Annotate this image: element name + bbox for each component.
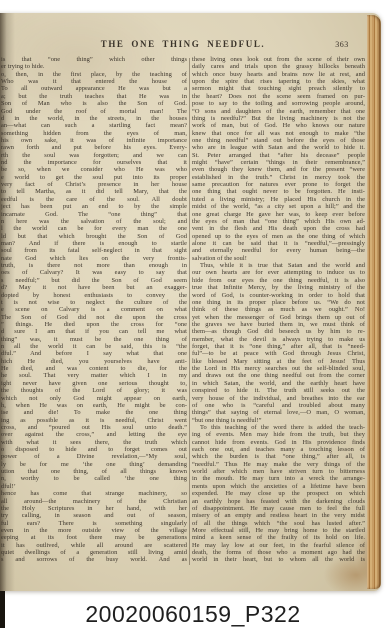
text-line: his own sake, it was of infinite importa… [1, 137, 187, 144]
text-line: which once busy hearts and brains now li… [192, 71, 365, 78]
text-line: forget, that it is “one thing,” after al… [192, 343, 365, 350]
text-line: mind a keen sense of the frailty of its … [192, 534, 365, 541]
text-line: n, worthy to be called ‘the one thing [1, 475, 187, 482]
text-line: who are in league with Satan and the wor… [192, 144, 365, 151]
running-head-title: THE ONE THING NEEDFUL. [0, 39, 366, 49]
text-line: ing as possible as it is needful, Christ… [1, 417, 187, 424]
text-line: incarnate God. The “one thing” that [1, 211, 187, 218]
text-line: think of these things as much as we ough… [192, 306, 365, 313]
text-line: upon the spire that rises tapering to th… [192, 78, 365, 85]
text-line: even though they knew them, and for the … [192, 166, 365, 173]
text-line: might “have” certain “things in their re… [192, 159, 365, 166]
text-line: misery of an empty and restless heart in… [192, 512, 365, 519]
text-line: oes of Calvary? It was easy to say that [1, 269, 187, 276]
text-line: d sure I am that if you can tell me what [1, 328, 187, 335]
text-line: a; but the truth teaches that He was in [1, 93, 187, 100]
text-line: h, when He was on earth, He might be con… [1, 402, 187, 409]
text-line: very house of the individual, and breath… [192, 395, 365, 402]
text-line: Who was it that entered the house of [1, 78, 187, 85]
text-line: the heart? Does not the scene seem frame… [192, 93, 365, 100]
text-line: nd the importance for ourselves that it [1, 159, 187, 166]
text-line: ful ears? There is something singularly [1, 520, 187, 527]
column-right: these living ones look out from the scen… [192, 56, 365, 564]
text-line: s needful;” but did the Son of God seem [1, 277, 187, 284]
text-line: He may lay low at our feet, in the fearf… [192, 542, 365, 549]
text-line: ” things. He died upon the cross for “on… [1, 321, 187, 328]
text-line: death, the forms of those who a moment a… [192, 549, 365, 556]
text-line: ution that one thing, of all things know… [1, 468, 187, 475]
text-line: of disappointment. He may cause men to f… [192, 505, 365, 512]
text-line: very fact of Christ’s presence in her ho… [1, 181, 187, 188]
text-line: ld but that which brought the Son of God [1, 233, 187, 240]
text-line: “but one thing is needful!” [192, 417, 365, 424]
text-line: one thing that ought never to be forgott… [192, 188, 365, 195]
text-line: it has outlived, while all around are sc… [1, 542, 187, 549]
text-line: sermon might that touching sight preach … [192, 85, 365, 92]
text-line: in the mouth. He may turn into a wreck t… [192, 475, 365, 482]
text-line: established in the truth.” Christ in mer… [192, 174, 365, 181]
text-line: The Son of God did not die upon the cros… [1, 314, 187, 321]
text-line: d in the world, in the streets, in the h… [1, 115, 187, 122]
text-line: daily cares and trials upon the grassy h… [192, 63, 365, 70]
text-line: conspired to hide it. The truth still se… [192, 387, 365, 394]
book-fore-edge [367, 15, 381, 589]
page-number: 363 [322, 40, 362, 49]
text-line: each one out, and teaches many a touchin… [192, 446, 365, 453]
text-line: which the burden is that “one thing,” af… [192, 453, 365, 460]
text-line: pose to say to the toiling and sorrowing… [192, 100, 365, 107]
text-line: dful!’ [1, 483, 187, 490]
text-line: work of man, but of God. He who knows ou… [192, 122, 365, 129]
text-line: hide from our eyes the one thing needful… [192, 277, 365, 284]
text-line: tuted a living ministry; He placed His c… [192, 196, 365, 203]
text-line: salvation of the soul! [192, 255, 365, 262]
catalog-label: 20020060159_P322 [0, 601, 386, 628]
text-line: t is not wise to neglect the culture of … [1, 299, 187, 306]
text-line: ful”—to be at peace with God through Jes… [192, 350, 365, 357]
text-line: and draws out the one thing needful out … [192, 372, 365, 379]
text-line: over against the cross,” and letting the… [1, 431, 187, 438]
text-line: rawn forth and put before his eyes. Ever… [1, 144, 187, 151]
text-line: More effectual still, He may bring home … [192, 527, 365, 534]
text-line: nate God which lies on the very frontis- [1, 255, 187, 262]
text-line: To this teaching of the word there is ad… [192, 424, 365, 431]
text-line: “O sons and daughters of the earth, reme… [192, 108, 365, 115]
text-line: truth, is there not more than enough in [1, 262, 187, 269]
text-line: and eternally needful for every human be… [192, 247, 365, 254]
text-line: one thing in its proper place before us.… [192, 299, 365, 306]
text-line: true that Infinite Mercy, by the living … [192, 284, 365, 291]
text-line: them—as though God did beseech us by him… [192, 328, 365, 335]
text-line: “needful.” Thus He may make the very thi… [192, 461, 365, 468]
text-line: ly be for me ‘the one thing’ demanding [1, 461, 187, 468]
text-line: one thing needful” stand out before the … [192, 137, 365, 144]
text-line: our own hearts are for ever attempting t… [192, 269, 365, 276]
text-line: midst of the world, “as a city set upon … [192, 203, 365, 210]
text-line: be so, when we consider who He was who [1, 166, 187, 173]
text-line: man? And if there is enough to startle [1, 240, 187, 247]
text-line: in which Satan, the world, and the earth… [192, 380, 365, 387]
text-line: of all the things which “the soul has lu… [192, 520, 365, 527]
text-line: l the world can be for every man the one [1, 225, 187, 232]
text-line: with what it sees there, the truth which [1, 439, 187, 446]
text-line: the Lord in His mercy searches out the s… [192, 365, 365, 372]
text-line: He died, and was content to die, for the [1, 365, 187, 372]
text-line: dopted by honest enthusiasts to convey t… [1, 292, 187, 299]
column-left: is that “one thing” which other thingser… [1, 56, 187, 564]
text-line: the graves we have buried them in, we mu… [192, 321, 365, 328]
text-line: thing” was, it must be the one thing of [1, 336, 187, 343]
text-line: something hidden from the eyes of man, [1, 130, 187, 137]
text-line: these living ones look out from the scen… [192, 56, 365, 63]
text-line: try calling, in season and out of season… [1, 512, 187, 519]
text-line: opened up to the eyes of men as the one … [192, 233, 365, 240]
text-line: o disposed to hide and to forget comes o… [1, 446, 187, 453]
text-line: ight never have given one serious though… [1, 380, 187, 387]
text-line: knew that once for all was not enough to… [192, 130, 365, 137]
text-line: of one who is “careful and troubled abou… [192, 402, 365, 409]
text-line: eedful is the care of the soul. All doub… [1, 196, 187, 203]
text-line: yet when the messenger of God brings the… [192, 314, 365, 321]
text-line: is that “one thing” which other things [1, 56, 187, 63]
text-line: member, what the devil is always trying … [192, 336, 365, 343]
text-line: e scene on Calvary is a comment on what [1, 306, 187, 313]
text-line: dful.” And before I say what that one [1, 350, 187, 357]
text-line: which not only God might appear on earth… [1, 395, 187, 402]
text-line: the eyes of man that “one thing” which H… [192, 218, 365, 225]
text-line: ments upon which the anxieties of a life… [192, 483, 365, 490]
text-line: vent in the flesh and His death upon the… [192, 225, 365, 232]
text-line: the thoughts of the Lord of glory; it wa… [1, 387, 187, 394]
text-line: ing of events. Men may hide from the tru… [192, 431, 365, 438]
text-line: To all outward appearance He was but a [1, 85, 187, 92]
text-line: an—what can such a startling fact mean? [1, 122, 187, 129]
text-line: n all the world it can be said, this is … [1, 343, 187, 350]
text-line: hence has come that strange machinery, s… [1, 490, 187, 497]
text-line: cannot hide from events. God in His prov… [192, 439, 365, 446]
text-line: Thus, while it is true that Satan and th… [192, 262, 365, 269]
text-line: world after which men have striven turn … [192, 468, 365, 475]
text-line: rth the soul was forgotten; and we can [1, 152, 187, 159]
text-line: same precaution for natures ever prone t… [192, 181, 365, 188]
text-line: alone it can be said that it is “needful… [192, 240, 365, 247]
text-line: an earthly hope has feasted with the dar… [192, 498, 365, 505]
text-line: soul from its fatal self-neglect in that… [1, 247, 187, 254]
text-line: world in their heart, but to whom all th… [192, 556, 365, 563]
text-line: expended. He may close up the prospect o… [192, 490, 365, 497]
text-line: like blessed Mary sitting at the feet of… [192, 358, 365, 365]
text-line: things” that saying of eternal love,—O m… [192, 409, 365, 416]
text-line: all around—the machinery of the Christia… [1, 498, 187, 505]
text-line: St. Peter arranged that “after his decea… [192, 152, 365, 159]
text-line: er trying to hide. [1, 63, 187, 70]
text-line: the Holy Scriptures in her hand, with he… [1, 505, 187, 512]
text-line: n here was the salvation of the soul; an… [1, 218, 187, 225]
text-line: power of a Divine revelation,—“My soul, [1, 453, 187, 460]
text-line: s and sorrows of the busy world. And as [1, 556, 187, 563]
text-line: ise and die! To make the one thing [1, 409, 187, 416]
text-line: d? May it not have been but an exagger- [1, 284, 187, 291]
text-line: e world to get the soul put into its pro… [1, 174, 187, 181]
text-line: Son of Man who is also the Son of God. [1, 100, 187, 107]
text-line: thing is needful?” But the living machin… [192, 115, 365, 122]
text-line: cross, and “poured out His soul unto dea… [1, 424, 187, 431]
text-line: eeping at its foot there may be generati… [1, 534, 187, 541]
text-line: word of God, is counter-working in order… [192, 292, 365, 299]
text-line: o, then, in the first place, by the teac… [1, 71, 187, 78]
text-line: hich He died, you yourselves have anti- [1, 358, 187, 365]
text-line: even in the more outside view of the vil… [1, 527, 187, 534]
column-divider [189, 58, 190, 565]
text-line: God under the roof of mortal man! The [1, 108, 187, 115]
text-line: quiet dwellings of a generation still li… [1, 549, 187, 556]
text-line: to tell Martha, as it did tell Mary, tha… [1, 188, 187, 195]
text-line: ject has been put an end to by the simpl… [1, 203, 187, 210]
text-line: he soul. That very matter which I in my [1, 372, 187, 379]
text-line: one great charge He gave her was, to kee… [192, 211, 365, 218]
